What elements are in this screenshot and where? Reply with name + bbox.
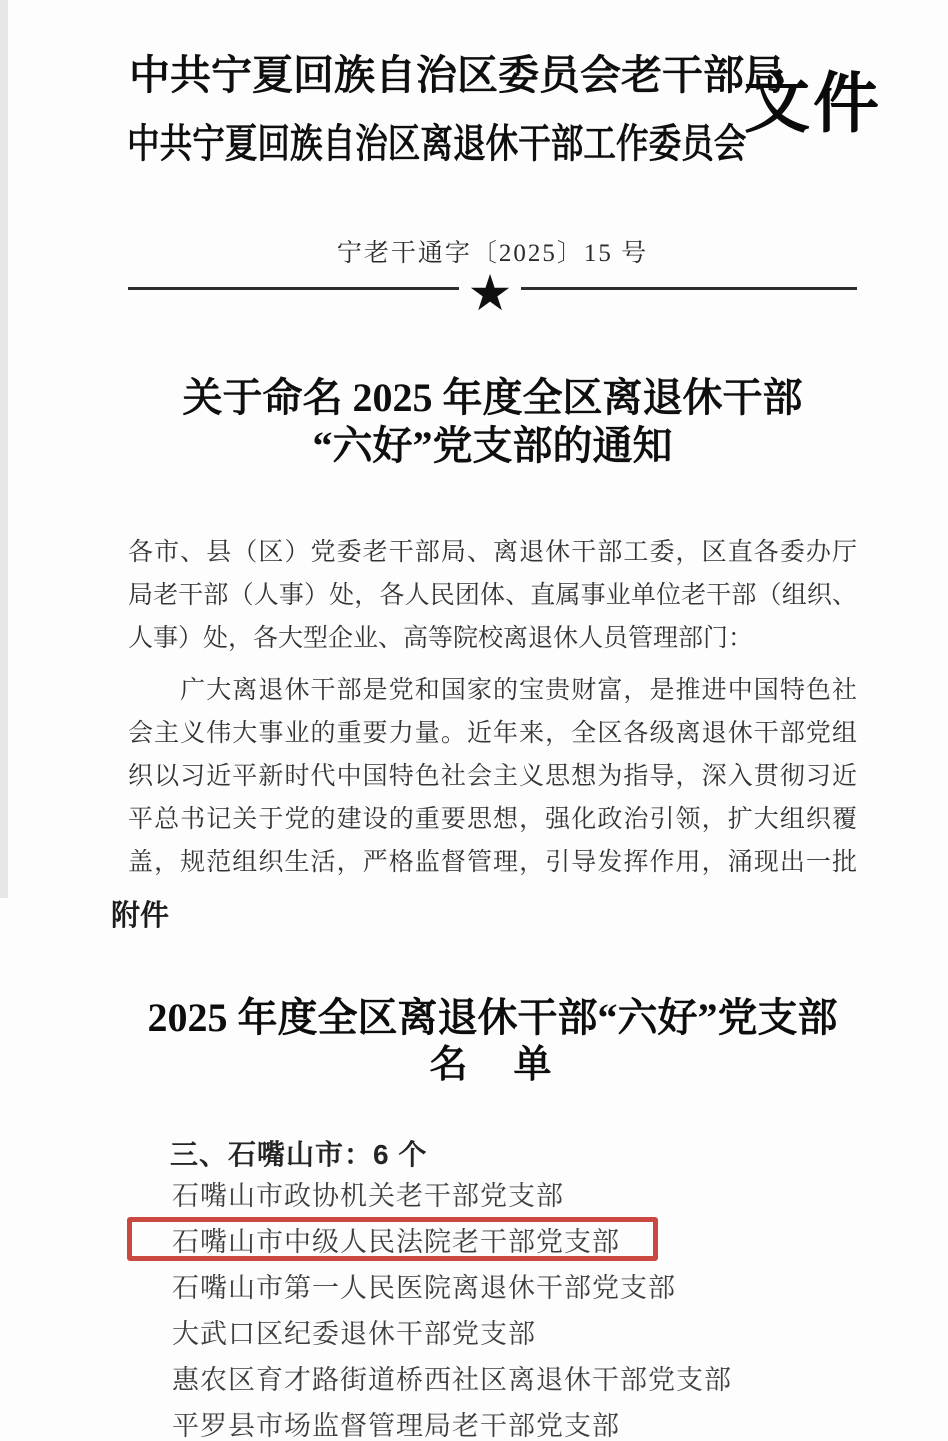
- attachment-label: 附件: [111, 893, 169, 934]
- section-heading: 三、石嘴山市：6 个: [170, 1133, 427, 1173]
- body-text-line: 局老干部（人事）处，各人民团体、直属事业单位老干部（组织、: [128, 574, 857, 617]
- body-text-line: 平总书记关于党的建设的重要思想，强化政治引领，扩大组织覆: [128, 798, 857, 841]
- list-item-text: 惠农区育才路街道桥西社区离退休干部党支部: [172, 1365, 732, 1395]
- list-item-text: 平罗县市场监督管理局老干部党支部: [172, 1411, 620, 1441]
- doc-type-label: 文件: [744, 50, 882, 145]
- list-item-text: 石嘴山市中级人民法院老干部党支部: [172, 1227, 620, 1257]
- page-edge-shadow: [0, 0, 8, 898]
- document-title-line-2: “六好”党支部的通知: [128, 414, 857, 471]
- branch-list: 石嘴山市政协机关老干部党支部石嘴山市中级人民法院老干部党支部石嘴山市第一人民医院…: [172, 1173, 902, 1441]
- body-text-line: 广大离退休干部是党和国家的宝贵财富，是推进中国特色社: [128, 669, 857, 712]
- issuing-org-line-1: 中共宁夏回族自治区委员会老干部局: [129, 42, 785, 101]
- attachment-title-line-2: 名 单: [128, 1033, 857, 1088]
- list-item: 大武口区纪委退休干部党支部: [172, 1311, 902, 1357]
- list-item: 石嘴山市第一人民医院离退休干部党支部: [172, 1265, 902, 1311]
- header-separator: ★: [128, 287, 857, 290]
- document-page: 中共宁夏回族自治区委员会老干部局 中共宁夏回族自治区离退休干部工作委员会 文件 …: [0, 0, 948, 1441]
- doc-number: 宁老干通字〔2025〕15 号: [128, 233, 857, 269]
- list-item-text: 大武口区纪委退休干部党支部: [172, 1319, 536, 1349]
- list-item-highlighted: 石嘴山市中级人民法院老干部党支部: [172, 1219, 902, 1265]
- list-item: 平罗县市场监督管理局老干部党支部: [172, 1403, 902, 1441]
- list-item: 惠农区育才路街道桥西社区离退休干部党支部: [172, 1357, 902, 1403]
- body-text-line: 各市、县（区）党委老干部局、离退休干部工委，区直各委办厅: [128, 531, 857, 574]
- body-text-line: 盖，规范组织生活，严格监督管理，引导发挥作用，涌现出一批: [128, 841, 857, 884]
- issuing-org-line-2-text: 中共宁夏回族自治区离退休干部工作委员会: [127, 112, 746, 169]
- body-text-line: 人事）处，各大型企业、高等院校离退休人员管理部门：: [128, 617, 857, 660]
- body-text-line: 会主义伟大事业的重要力量。近年来，全区各级离退休干部党组: [128, 712, 857, 755]
- list-item-text: 石嘴山市政协机关老干部党支部: [172, 1181, 564, 1211]
- list-item-text: 石嘴山市第一人民医院离退休干部党支部: [172, 1273, 676, 1303]
- separator-line-right: [521, 287, 857, 290]
- body-text-line: 织以习近平新时代中国特色社会主义思想为指导，深入贯彻习近: [128, 755, 857, 798]
- body-text: 各市、县（区）党委老干部局、离退休干部工委，区直各委办厅局老干部（人事）处，各人…: [128, 531, 857, 884]
- star-icon: ★: [459, 265, 521, 321]
- list-item: 石嘴山市政协机关老干部党支部: [172, 1173, 902, 1219]
- separator-line-left: [128, 287, 459, 290]
